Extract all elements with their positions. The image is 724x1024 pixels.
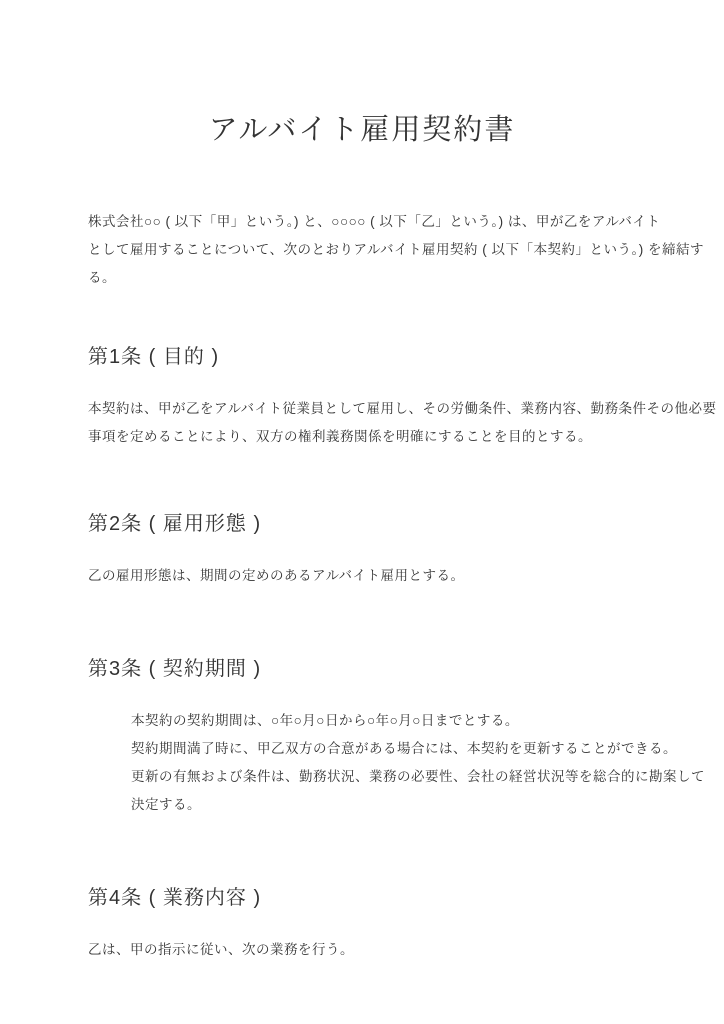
article-4-body: 乙は、甲の指示に従い、次の業務を行う。: [88, 936, 636, 964]
article-1-body: 本契約は、甲が乙をアルバイト従業員として雇用し、その労働条件、業務内容、勤務条件…: [88, 395, 636, 451]
article-3-body: 本契約の契約期間は、○年○月○日から○年○月○日までとする。 契約期間満了時に、…: [131, 707, 636, 819]
article-3-body-line: 更新の有無および条件は、勤務状況、業務の必要性、会社の経営状況等を総合的に勘案し…: [131, 763, 636, 791]
intro-line: る。: [88, 264, 636, 292]
article-3-contract-period: 第3条 ( 契約期間 ) 本契約の契約期間は、○年○月○日から○年○月○日までと…: [88, 656, 636, 819]
article-2-employment-type: 第2条 ( 雇用形態 ) 乙の雇用形態は、期間の定めのあるアルバイト雇用とする。: [88, 511, 636, 590]
article-2-heading: 第2条 ( 雇用形態 ): [88, 511, 636, 537]
article-3-heading: 第3条 ( 契約期間 ): [88, 656, 636, 682]
article-1-body-line: 本契約は、甲が乙をアルバイト従業員として雇用し、その労働条件、業務内容、勤務条件…: [88, 395, 636, 423]
intro-paragraph: 株式会社○○ ( 以下「甲」という。) と、○○○○ ( 以下「乙」という。) …: [88, 208, 636, 292]
article-1-heading: 第1条 ( 目的 ): [88, 344, 636, 370]
article-3-body-line: 本契約の契約期間は、○年○月○日から○年○月○日までとする。: [131, 707, 636, 735]
article-4-heading: 第4条 ( 業務内容 ): [88, 885, 636, 911]
intro-line: 株式会社○○ ( 以下「甲」という。) と、○○○○ ( 以下「乙」という。) …: [88, 208, 636, 236]
article-4-job-duties: 第4条 ( 業務内容 ) 乙は、甲の指示に従い、次の業務を行う。: [88, 885, 636, 964]
article-3-body-line: 決定する。: [131, 791, 636, 819]
article-1-purpose: 第1条 ( 目的 ) 本契約は、甲が乙をアルバイト従業員として雇用し、その労働条…: [88, 344, 636, 451]
intro-line: として雇用することについて、次のとおりアルバイト雇用契約 ( 以下「本契約」とい…: [88, 236, 636, 264]
article-3-body-line: 契約期間満了時に、甲乙双方の合意がある場合には、本契約を更新することができる。: [131, 735, 636, 763]
article-4-body-line: 乙は、甲の指示に従い、次の業務を行う。: [88, 936, 636, 964]
article-2-body: 乙の雇用形態は、期間の定めのあるアルバイト雇用とする。: [88, 562, 636, 590]
article-2-body-line: 乙の雇用形態は、期間の定めのあるアルバイト雇用とする。: [88, 562, 636, 590]
document-title: アルバイト雇用契約書: [88, 0, 636, 148]
article-1-body-line: 事項を定めることにより、双方の権利義務関係を明確にすることを目的とする。: [88, 423, 636, 451]
contract-document-page: アルバイト雇用契約書 株式会社○○ ( 以下「甲」という。) と、○○○○ ( …: [0, 0, 724, 1024]
